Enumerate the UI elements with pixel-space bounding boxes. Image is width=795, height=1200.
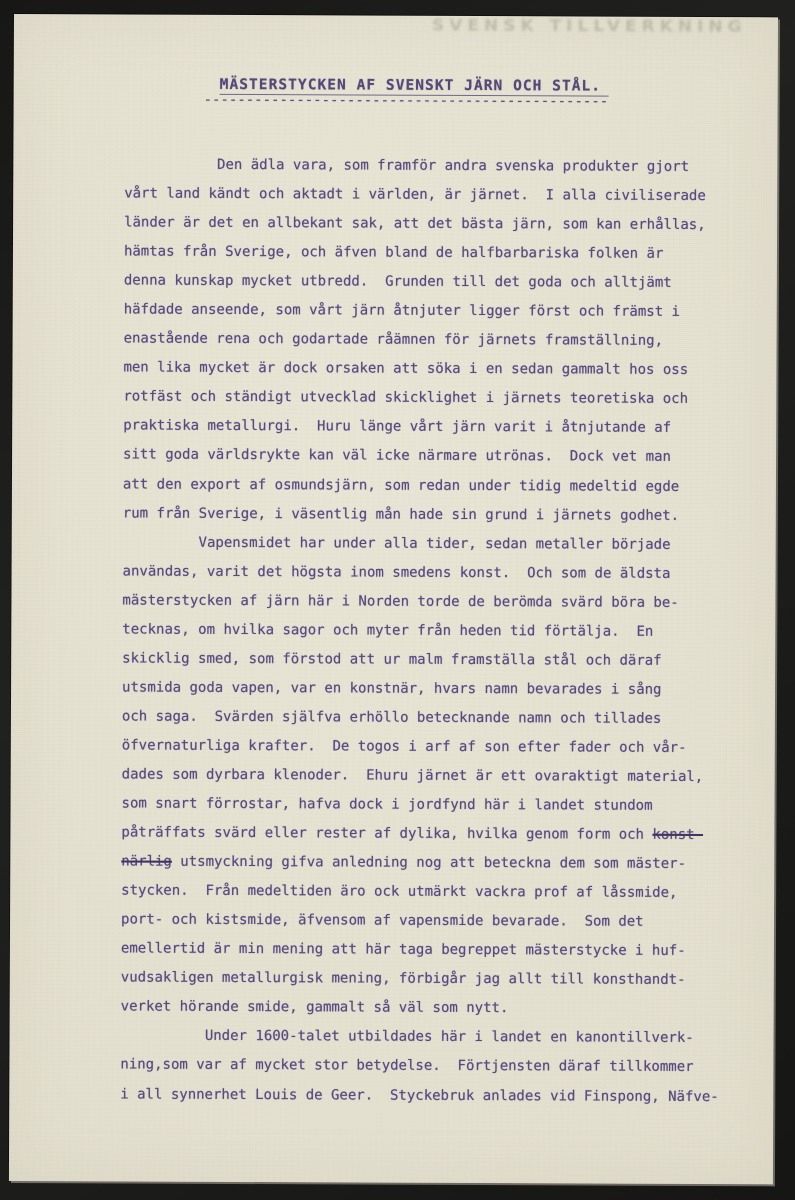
- line-text: praktiska metallurgi. Huru länge vårt jä…: [123, 418, 671, 436]
- document-page: SVENSK TILLVERKNING MÄSTERSTYCKEN AF SVE…: [9, 14, 778, 1184]
- text-line: som snart förrostar, hafva dock i jordfy…: [121, 790, 720, 822]
- text-line: Under 1600-talet utbildades här i landet…: [120, 1022, 719, 1054]
- line-text: vudsakligen metallurgisk mening, förbigå…: [121, 970, 686, 988]
- line-text: rum från Sverige, i väsentlig mån hade s…: [123, 505, 679, 523]
- text-line: öfvernaturliga krafter. De togos i arf a…: [122, 731, 721, 763]
- text-line: Den ädla vara, som framför andra svenska…: [124, 150, 723, 182]
- text-line: användas, varit det högsta inom smedens …: [123, 557, 722, 589]
- text-line: att den export af osmundsjärn, som redan…: [123, 470, 722, 502]
- line-text: rotfäst och ständigt utvecklad skickligh…: [123, 389, 688, 407]
- text-line: skicklig smed, som förstod att ur malm f…: [122, 644, 721, 676]
- struck-text: konst-: [652, 827, 703, 843]
- line-text: Den ädla vara, som framför andra svenska…: [124, 156, 689, 174]
- line-text: enastående rena och godartade råämnen fö…: [124, 331, 664, 349]
- document-title-block: MÄSTERSTYCKEN AF SVENSKT JÄRN OCH STÅL. …: [204, 77, 609, 110]
- text-line: emellertid är min mening att här taga be…: [121, 935, 720, 967]
- line-text: skicklig smed, som förstod att ur malm f…: [122, 650, 662, 668]
- text-line: dades som dyrbara klenoder. Ehuru järnet…: [122, 760, 721, 792]
- text-line: hämtas från Sverige, och äfven bland de …: [124, 238, 723, 270]
- text-line: rotfäst och ständigt utvecklad skickligh…: [123, 383, 722, 415]
- line-text: som snart förrostar, hafva dock i jordfy…: [122, 796, 653, 814]
- bleedthrough-header: SVENSK TILLVERKNING: [432, 16, 747, 36]
- line-text: port- och kistsmide, äfvensom af vapensm…: [121, 912, 644, 930]
- line-text: denna kunskap mycket utbredd. Grunden ti…: [124, 273, 672, 291]
- title-underline-dashes: ----------------------------------------…: [204, 92, 609, 110]
- line-text: länder är det en allbekant sak, att det …: [124, 215, 706, 234]
- line-text: emellertid är min mening att här taga be…: [121, 941, 686, 959]
- line-text: verket hörande smide, gammalt så väl som…: [121, 999, 509, 1017]
- text-line: vudsakligen metallurgisk mening, förbigå…: [121, 964, 720, 996]
- text-line: häfdade anseende, som vårt järn åtnjuter…: [124, 296, 723, 328]
- text-line: verket hörande smide, gammalt så väl som…: [121, 993, 720, 1025]
- text-line: sitt goda världsrykte kan väl icke närma…: [123, 441, 722, 473]
- text-line: påträffats svärd eller rester af dylika,…: [121, 819, 720, 851]
- line-text: sitt goda världsrykte kan väl icke närma…: [123, 447, 671, 465]
- text-line: rum från Sverige, i väsentlig mån hade s…: [123, 499, 722, 531]
- line-text: utsmida goda vapen, var en konstnär, hva…: [122, 679, 662, 697]
- document-body: Den ädla vara, som framför andra svenska…: [120, 150, 723, 1111]
- text-line: vårt land kändt och aktadt i världen, är…: [124, 180, 723, 212]
- text-line: men lika mycket är dock orsaken att söka…: [123, 354, 722, 386]
- line-text: påträffats svärd eller rester af dylika,…: [121, 825, 652, 843]
- text-line: tecknas, om hvilka sagor och myter från …: [122, 615, 721, 647]
- line-text: användas, varit det högsta inom smedens …: [123, 563, 671, 581]
- text-line: denna kunskap mycket utbredd. Grunden ti…: [124, 267, 723, 299]
- line-text: vårt land kändt och aktadt i världen, är…: [124, 186, 706, 205]
- line-text: tecknas, om hvilka sagor och myter från …: [122, 621, 653, 639]
- text-line: Vapensmidet har under alla tider, sedan …: [123, 528, 722, 560]
- line-text: Under 1600-talet utbildades här i landet…: [121, 1028, 694, 1047]
- text-line: stycken. Från medeltiden äro ock utmärkt…: [121, 877, 720, 909]
- text-line: praktiska metallurgi. Huru länge vårt jä…: [123, 412, 722, 444]
- line-text: men lika mycket är dock orsaken att söka…: [123, 360, 688, 378]
- line-text: Vapensmidet har under alla tider, sedan …: [123, 534, 671, 552]
- text-line: i all synnerhet Louis de Geer. Styckebru…: [120, 1080, 719, 1112]
- text-line: och saga. Svärden själfva erhöllo beteck…: [122, 702, 721, 734]
- line-text: hämtas från Sverige, och äfven bland de …: [124, 244, 664, 262]
- text-line: ning,som var af mycket stor betydelse. F…: [120, 1051, 719, 1083]
- line-text: i all synnerhet Louis de Geer. Styckebru…: [120, 1086, 719, 1105]
- line-text: att den export af osmundsjärn, som redan…: [123, 476, 679, 494]
- text-line: enastående rena och godartade råämnen fö…: [124, 325, 723, 357]
- line-text: ning,som var af mycket stor betydelse. F…: [120, 1057, 693, 1076]
- line-text: dades som dyrbara klenoder. Ehuru järnet…: [122, 766, 704, 785]
- text-line: mästerstycken af järn här i Norden torde…: [122, 586, 721, 618]
- text-line: länder är det en allbekant sak, att det …: [124, 209, 723, 241]
- scan-background: SVENSK TILLVERKNING MÄSTERSTYCKEN AF SVE…: [0, 0, 795, 1200]
- line-text: häfdade anseende, som vårt järn åtnjuter…: [124, 302, 680, 320]
- text-line: utsmida goda vapen, var en konstnär, hva…: [122, 673, 721, 705]
- text-line: närlig utsmyckning gifva anledning nog a…: [121, 848, 720, 880]
- line-text: stycken. Från medeltiden äro ock utmärkt…: [121, 883, 677, 901]
- line-text: mästerstycken af järn här i Norden torde…: [122, 592, 678, 610]
- line-text: öfvernaturliga krafter. De togos i arf a…: [122, 737, 687, 755]
- line-text: utsmyckning gifva anledning nog att bete…: [172, 854, 686, 872]
- struck-text: närlig: [121, 854, 172, 870]
- line-text: och saga. Svärden själfva erhöllo beteck…: [122, 708, 662, 726]
- text-line: port- och kistsmide, äfvensom af vapensm…: [121, 906, 720, 938]
